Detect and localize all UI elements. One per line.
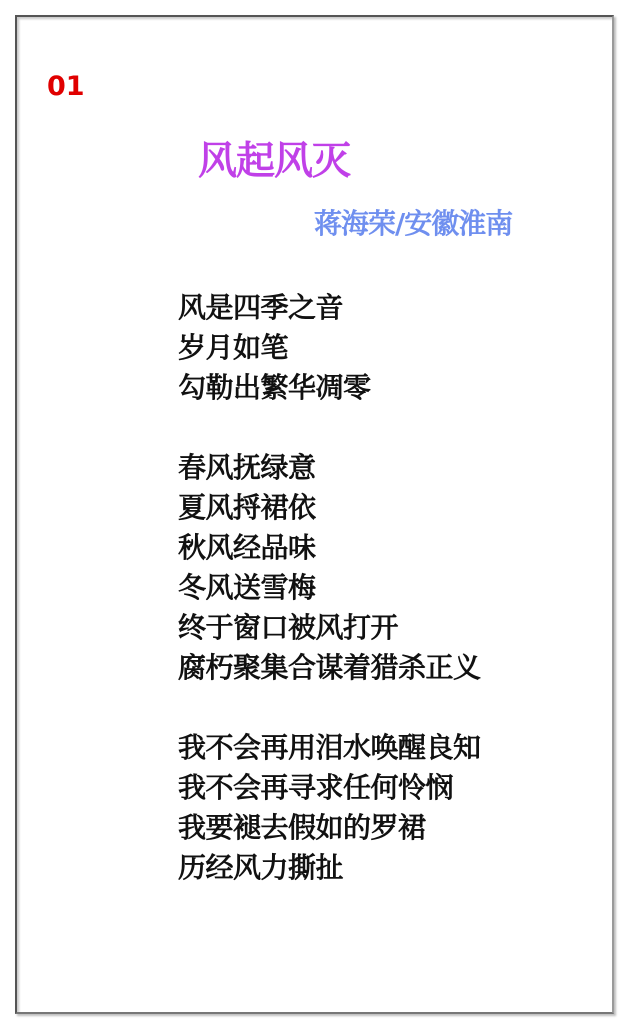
stanza-2: 春风抚绿意 夏风捋裙依 秋风经品味 冬风送雪梅 终于窗口被风打开 腐朽聚集合谋着… (178, 448, 481, 688)
poem-card: 01 风起风灭 蒋海荣/安徽淮南 风是四季之音 岁月如笔 勾勒出繁华凋零 春风抚… (15, 15, 614, 1014)
poem-number: 01 (47, 71, 85, 102)
poem-author: 蒋海荣/安徽淮南 (314, 202, 512, 242)
poem-line: 我不会再寻求任何怜悯 (178, 768, 481, 808)
poem-body: 风是四季之音 岁月如笔 勾勒出繁华凋零 春风抚绿意 夏风捋裙依 秋风经品味 冬风… (178, 288, 481, 928)
poem-line: 冬风送雪梅 (178, 568, 481, 608)
poem-line: 历经风力撕扯 (178, 848, 481, 888)
poem-line: 春风抚绿意 (178, 448, 481, 488)
poem-line: 岁月如笔 (178, 328, 481, 368)
stanza-1: 风是四季之音 岁月如笔 勾勒出繁华凋零 (178, 288, 481, 408)
poem-line: 腐朽聚集合谋着猎杀正义 (178, 648, 481, 688)
stanza-3: 我不会再用泪水唤醒良知 我不会再寻求任何怜悯 我要褪去假如的罗裙 历经风力撕扯 (178, 728, 481, 888)
poem-line: 我要褪去假如的罗裙 (178, 808, 481, 848)
poem-line: 我不会再用泪水唤醒良知 (178, 728, 481, 768)
poem-line: 终于窗口被风打开 (178, 608, 481, 648)
poem-title: 风起风灭 (198, 130, 350, 186)
poem-line: 风是四季之音 (178, 288, 481, 328)
poem-line: 勾勒出繁华凋零 (178, 368, 481, 408)
poem-line: 秋风经品味 (178, 528, 481, 568)
poem-line: 夏风捋裙依 (178, 488, 481, 528)
